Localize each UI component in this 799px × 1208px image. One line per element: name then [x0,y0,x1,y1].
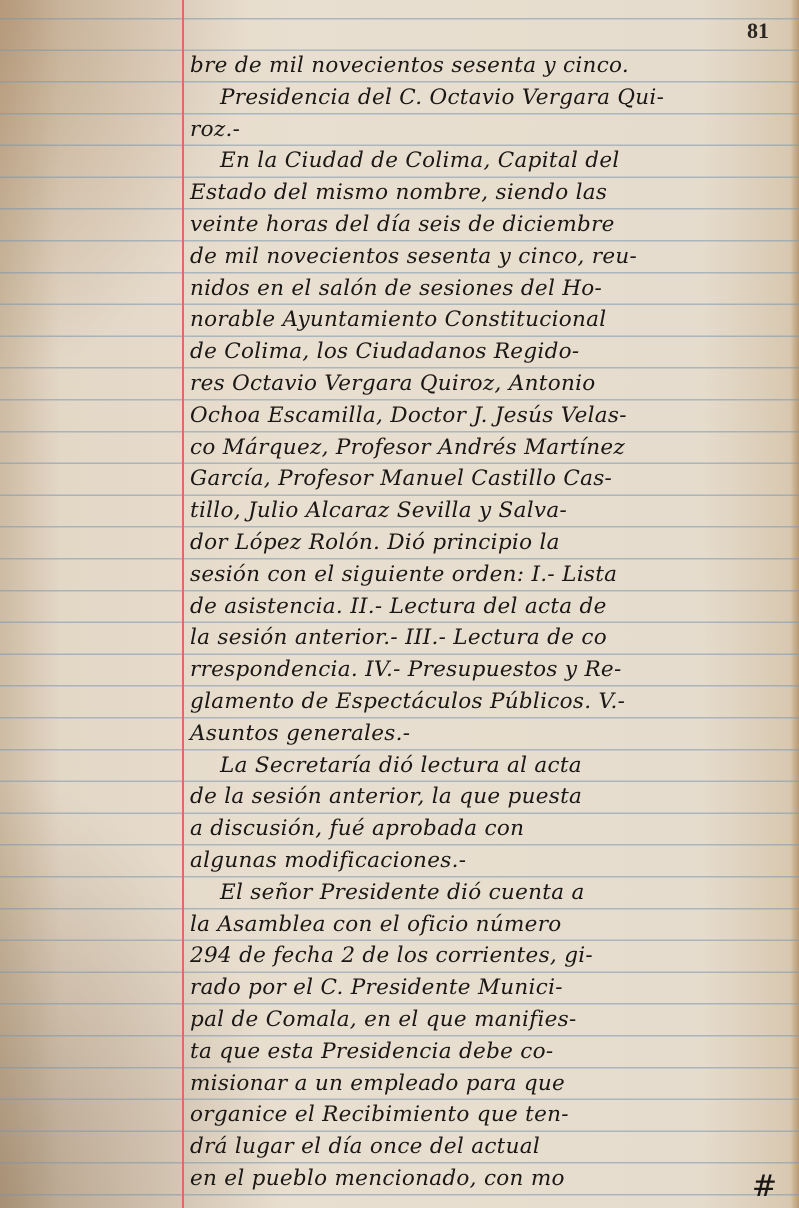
handwritten-line: Ochoa Escamilla, Doctor J. Jesús Velas- [190,400,775,432]
handwritten-line: bre de mil novecientos sesenta y cinco. [190,50,775,82]
ledger-page: 81 bre de mil novecientos sesenta y cinc… [0,0,799,1208]
end-mark: # [752,1169,777,1204]
handwritten-line: algunas modificaciones.- [190,845,775,877]
handwritten-line: dor López Rolón. Dió principio la [190,527,775,559]
page-number: 81 [747,18,769,44]
handwritten-line: 294 de fecha 2 de los corrientes, gi- [190,940,775,972]
handwritten-line: res Octavio Vergara Quiroz, Antonio [190,368,775,400]
handwritten-line: tillo, Julio Alcaraz Sevilla y Salva- [190,495,775,527]
handwritten-line: de mil novecientos sesenta y cinco, reu- [190,241,775,273]
handwritten-line: veinte horas del día seis de diciembre [190,209,775,241]
handwritten-line: En la Ciudad de Colima, Capital del [190,145,775,177]
handwritten-line: misionar a un empleado para que [190,1068,775,1100]
handwritten-line: ta que esta Presidencia debe co- [190,1036,775,1068]
handwritten-line: roz.- [190,114,775,146]
handwritten-line: co Márquez, Profesor Andrés Martínez [190,432,775,464]
handwritten-line: nidos en el salón de sesiones del Ho- [190,273,775,305]
handwritten-line: de Colima, los Ciudadanos Regido- [190,336,775,368]
handwritten-line: organice el Recibimiento que ten- [190,1099,775,1131]
handwritten-line: en el pueblo mencionado, con mo [190,1163,775,1195]
handwritten-line: sesión con el siguiente orden: I.- Lista [190,559,775,591]
handwritten-line: García, Profesor Manuel Castillo Cas- [190,463,775,495]
handwritten-line: de asistencia. II.- Lectura del acta de [190,591,775,623]
handwritten-line: drá lugar el día once del actual [190,1131,775,1163]
handwritten-line: La Secretaría dió lectura al acta [190,750,775,782]
handwritten-line: Presidencia del C. Octavio Vergara Qui- [190,82,775,114]
handwritten-line: norable Ayuntamiento Constitucional [190,304,775,336]
handwritten-line: pal de Comala, en el que manifies- [190,1004,775,1036]
handwritten-line: glamento de Espectáculos Públicos. V.- [190,686,775,718]
handwritten-line: Asuntos generales.- [190,718,775,750]
handwritten-line: a discusión, fué aprobada con [190,813,775,845]
handwritten-line: la Asamblea con el oficio número [190,909,775,941]
handwritten-minutes: bre de mil novecientos sesenta y cinco.P… [190,50,775,1195]
handwritten-line: la sesión anterior.- III.- Lectura de co [190,622,775,654]
handwritten-line: El señor Presidente dió cuenta a [190,877,775,909]
handwritten-line: rrespondencia. IV.- Presupuestos y Re- [190,654,775,686]
red-margin-line [182,0,184,1208]
handwritten-line: rado por el C. Presidente Munici- [190,972,775,1004]
handwritten-line: Estado del mismo nombre, siendo las [190,177,775,209]
handwritten-line: de la sesión anterior, la que puesta [190,781,775,813]
